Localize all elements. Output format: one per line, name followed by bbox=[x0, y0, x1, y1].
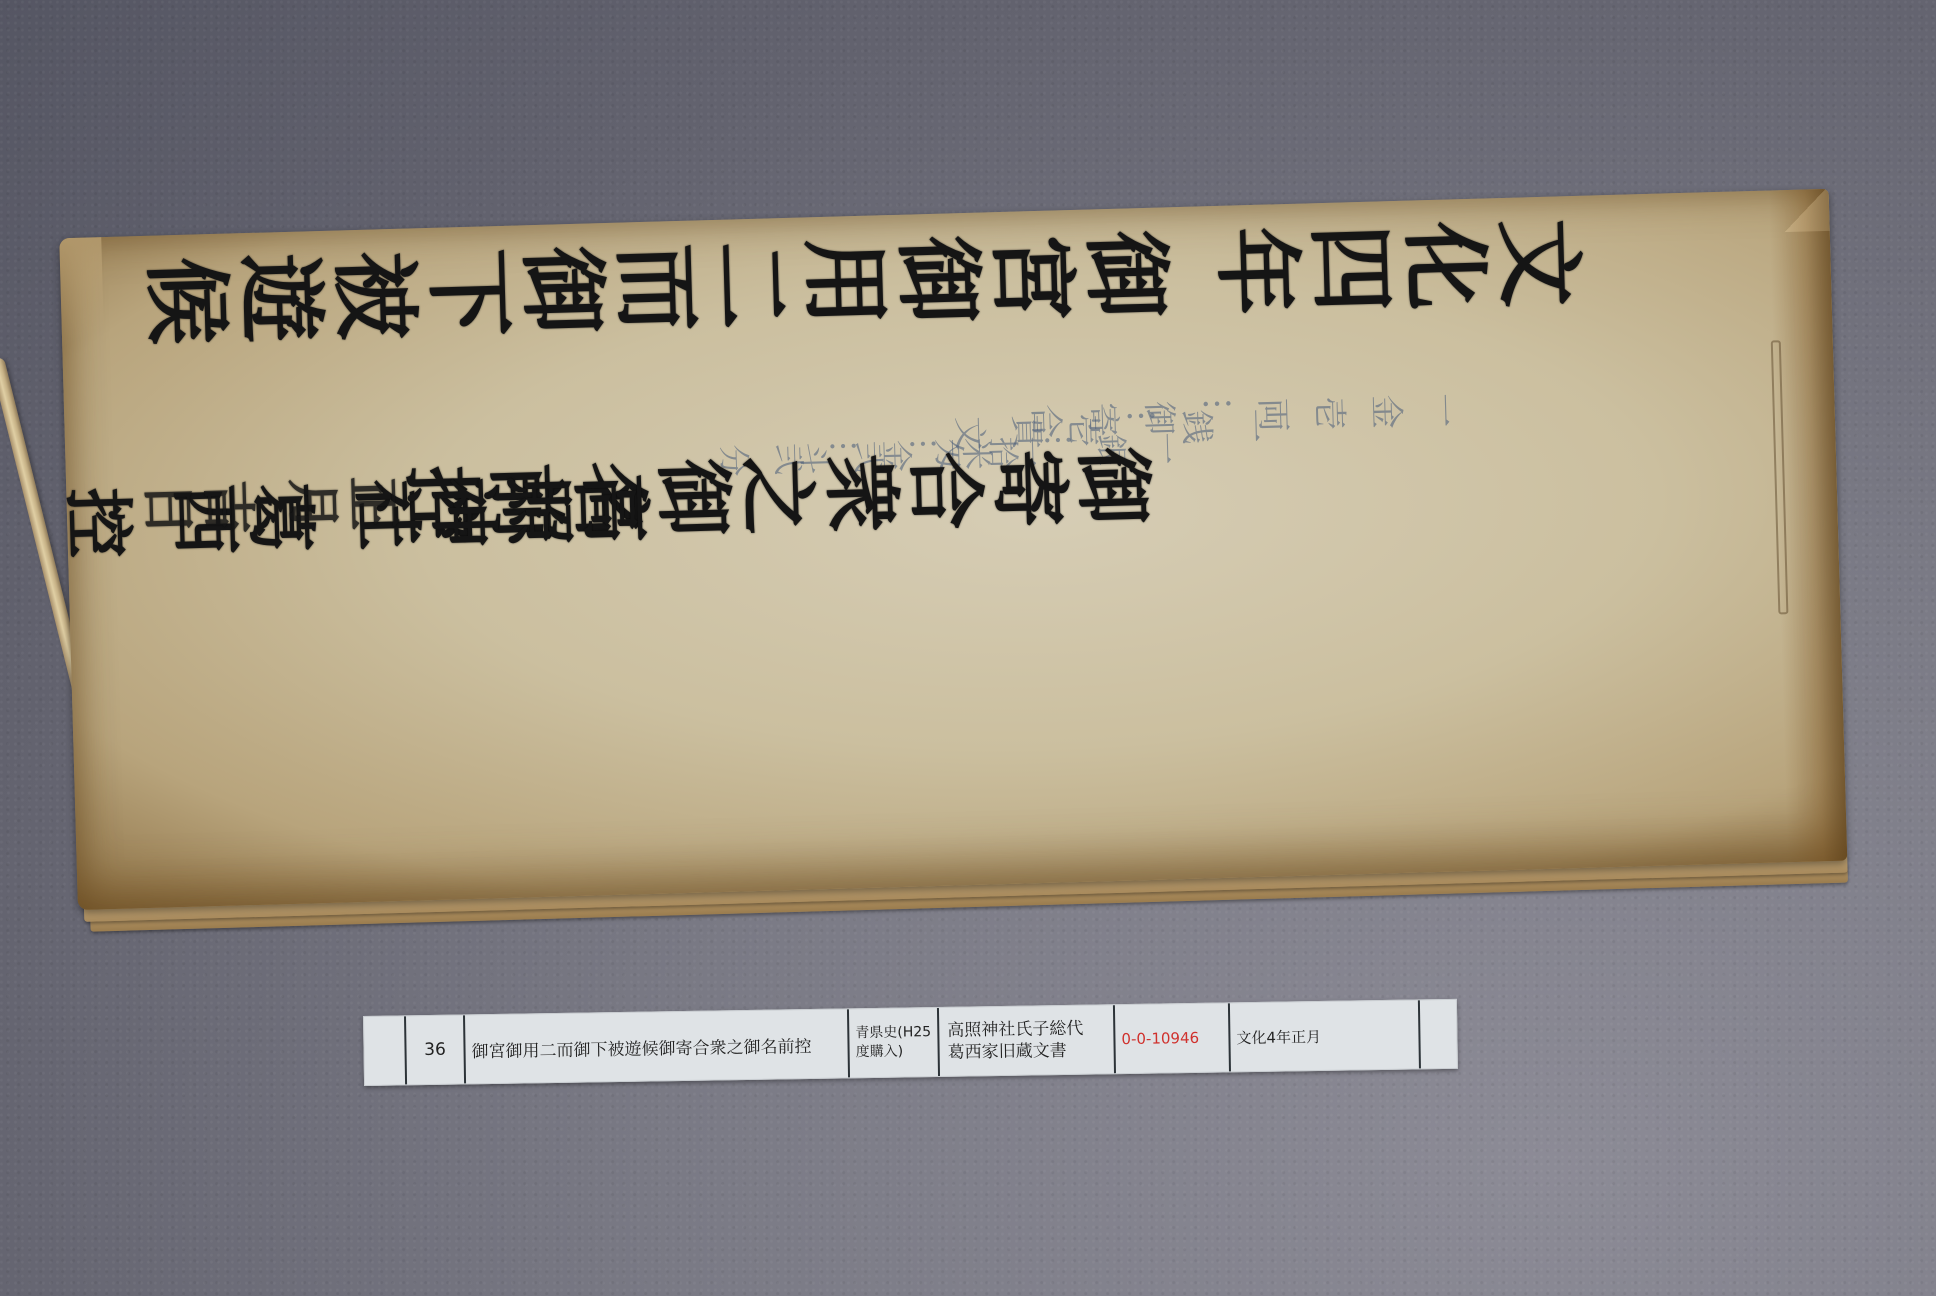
label-end-tab bbox=[1420, 1000, 1457, 1069]
catalog-label: 36 御宮御用二而御下被遊候御寄合衆之御名前控 青県史(H25 度購入) 高照神… bbox=[363, 999, 1458, 1086]
label-source-line1: 青県史(H25 bbox=[855, 1023, 931, 1043]
label-number: 36 bbox=[406, 1015, 466, 1084]
title-calligraphy: 文化四年 御宮御用二而御下被遊候 bbox=[944, 201, 1587, 329]
label-title: 御宮御用二而御下被遊候御寄合衆之御名前控 bbox=[465, 1009, 850, 1083]
label-tab bbox=[364, 1016, 407, 1085]
folded-corner bbox=[59, 237, 105, 378]
label-collection: 高照神社氏子総代 葛西家旧蔵文書 bbox=[939, 1005, 1116, 1076]
label-collection-line1: 高照神社氏子総代 bbox=[947, 1018, 1083, 1042]
label-catalog-id: 0-0-10946 bbox=[1115, 1003, 1231, 1073]
label-collection-line2: 葛西家旧蔵文書 bbox=[947, 1040, 1083, 1064]
label-source: 青県史(H25 度購入) bbox=[849, 1008, 940, 1077]
historical-document: 文化四年 御宮御用二而御下被遊候 一 金 壱 両 … 御 寄 合 一 銭 … 壱… bbox=[59, 189, 1847, 910]
closing-calligraphy: 正月 吉日 bbox=[59, 464, 402, 546]
document-cover: 文化四年 御宮御用二而御下被遊候 一 金 壱 両 … 御 寄 合 一 銭 … 壱… bbox=[59, 189, 1847, 910]
label-source-line2: 度購入) bbox=[855, 1042, 931, 1062]
label-date: 文化4年正月 bbox=[1230, 1000, 1421, 1071]
